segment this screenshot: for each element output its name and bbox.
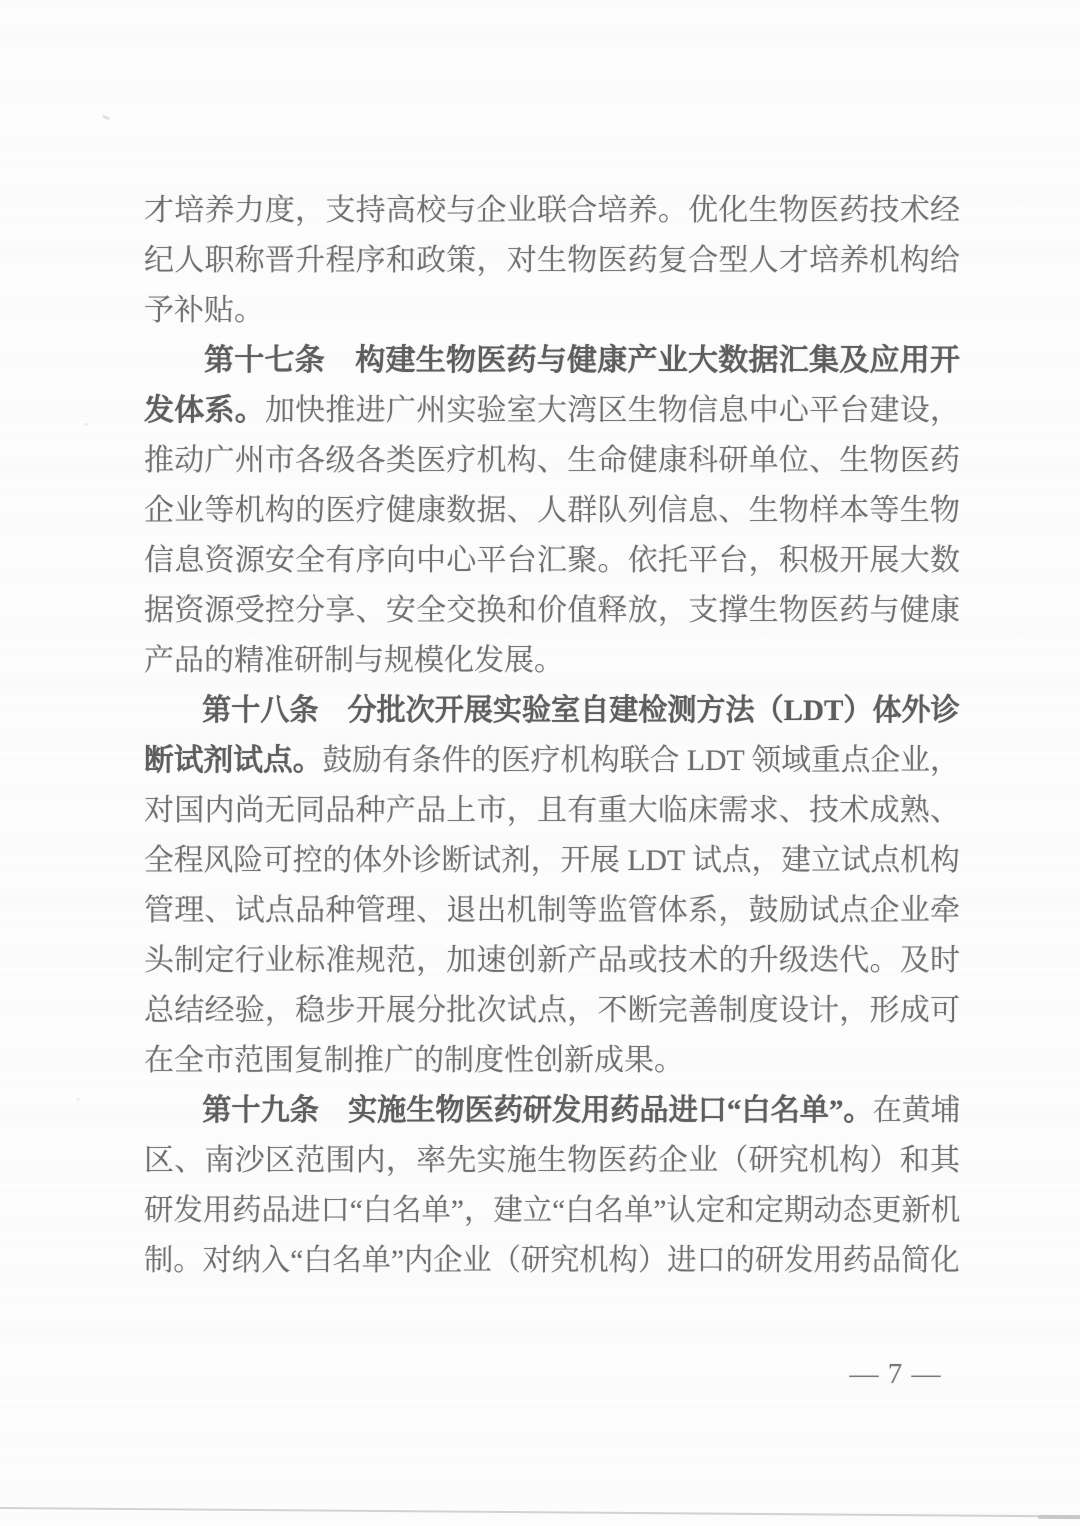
text-run: 才培养力度，支持高校与企业联合培养。优化生物医药技术经 [144,194,960,227]
page-number: — 7 — [838,1352,953,1396]
text-line: 头制定行业标准规范，加速创新产品或技术的升级迭代。及时 [144,936,960,986]
text-line: 予补贴。 [144,286,960,336]
scanned-document-page: 才培养力度，支持高校与企业联合培养。优化生物医药技术经纪人职称晋升程序和政策，对… [0,0,1080,1526]
text-line: 断试剂试点。鼓励有条件的医疗机构联合 LDT 领域重点企业， [144,736,953,786]
text-line: 研发用药品进口“白名单”，建立“白名单”认定和定期动态更新机 [144,1186,943,1236]
document-lines: 才培养力度，支持高校与企业联合培养。优化生物医药技术经纪人职称晋升程序和政策，对… [144,186,960,1286]
article-heading-run: 发体系。 [144,394,265,427]
text-line: 推动广州市各级各类医疗机构、生命健康科研单位、生物医药 [144,436,960,486]
text-run: 在全市范围复制推广的制度性创新成果。 [144,1044,684,1077]
text-run: 产品的精准研制与规模化发展。 [144,644,564,677]
text-run: 制。对纳入“白名单”内企业（研究机构）进口的研发用药品简化 [144,1244,960,1277]
text-run: 全程风险可控的体外诊断试剂，开展 LDT 试点，建立试点机构 [144,844,960,877]
text-run: 研发用药品进口“白名单”，建立“白名单”认定和定期动态更新机 [144,1194,960,1227]
text-run: 鼓励有条件的医疗机构联合 LDT 领域重点企业， [322,744,959,777]
text-line: 总结经验，稳步开展分批次试点，不断完善制度设计，形成可 [144,986,960,1036]
text-line: 管理、试点品种管理、退出机制等监管体系，鼓励试点企业牵 [144,886,960,936]
text-line: 第十九条 实施生物医药研发用药品进口“白名单”。在黄埔 [144,1086,937,1136]
text-line: 全程风险可控的体外诊断试剂，开展 LDT 试点，建立试点机构 [144,836,953,886]
text-line: 第十八条 分批次开展实验室自建检测方法（LDT）体外诊 [144,686,935,736]
text-line: 对国内尚无同品种产品上市，且有重大临床需求、技术成熟、 [144,786,960,836]
text-line: 制。对纳入“白名单”内企业（研究机构）进口的研发用药品简化 [144,1236,940,1286]
text-line: 纪人职称晋升程序和政策，对生物医药复合型人才培养机构给 [144,236,960,286]
text-run: 予补贴。 [144,294,264,327]
text-line: 产品的精准研制与规模化发展。 [144,636,960,686]
text-line: 信息资源安全有序向中心平台汇聚。依托平台，积极开展大数 [144,536,960,586]
text-run: 推动广州市各级各类医疗机构、生命健康科研单位、生物医药 [144,444,960,477]
text-line: 才培养力度，支持高校与企业联合培养。优化生物医药技术经 [144,186,960,236]
text-line: 企业等机构的医疗健康数据、人群队列信息、生物样本等生物 [144,486,960,536]
article-heading-run: 断试剂试点。 [144,744,322,777]
text-run: 区、南沙区范围内，率先实施生物医药企业（研究机构）和其 [144,1144,960,1177]
article-heading-run: 第十八条 分批次开展实验室自建检测方法（LDT）体外诊 [202,694,960,727]
scan-artifact-speck [76,1098,80,1101]
text-line: 第十七条 构建生物医药与健康产业大数据汇集及应用开 [144,336,960,386]
text-line: 在全市范围复制推广的制度性创新成果。 [144,1036,960,1086]
scan-artifact-speck [102,114,111,120]
text-run: 对国内尚无同品种产品上市，且有重大临床需求、技术成熟、 [144,794,960,827]
article-heading-run: 第十九条 实施生物医药研发用药品进口“白名单”。 [202,1094,872,1127]
text-run: 头制定行业标准规范，加速创新产品或技术的升级迭代。及时 [144,944,960,977]
text-line: 区、南沙区范围内，率先实施生物医药企业（研究机构）和其 [144,1136,960,1186]
scan-edge-line [0,1507,1080,1518]
scan-edge-blob [1038,1515,1080,1519]
text-run: 在黄埔 [873,1094,960,1127]
scan-artifact-speck [84,423,88,426]
text-line: 据资源受控分享、安全交换和价值释放，支撑生物医药与健康 [144,586,960,636]
text-run: 企业等机构的医疗健康数据、人群队列信息、生物样本等生物 [144,494,960,527]
article-heading-run: 第十七条 构建生物医药与健康产业大数据汇集及应用开 [204,344,960,377]
text-run: 纪人职称晋升程序和政策，对生物医药复合型人才培养机构给 [144,244,960,277]
text-run: 信息资源安全有序向中心平台汇聚。依托平台，积极开展大数 [144,544,960,577]
text-run: 据资源受控分享、安全交换和价值释放，支撑生物医药与健康 [144,594,960,627]
text-run: 总结经验，稳步开展分批次试点，不断完善制度设计，形成可 [144,994,960,1027]
text-run: 管理、试点品种管理、退出机制等监管体系，鼓励试点企业牵 [144,894,960,927]
text-run: 加快推进广州实验室大湾区生物信息中心平台建设， [265,394,960,427]
text-line: 发体系。加快推进广州实验室大湾区生物信息中心平台建设， [144,386,960,436]
